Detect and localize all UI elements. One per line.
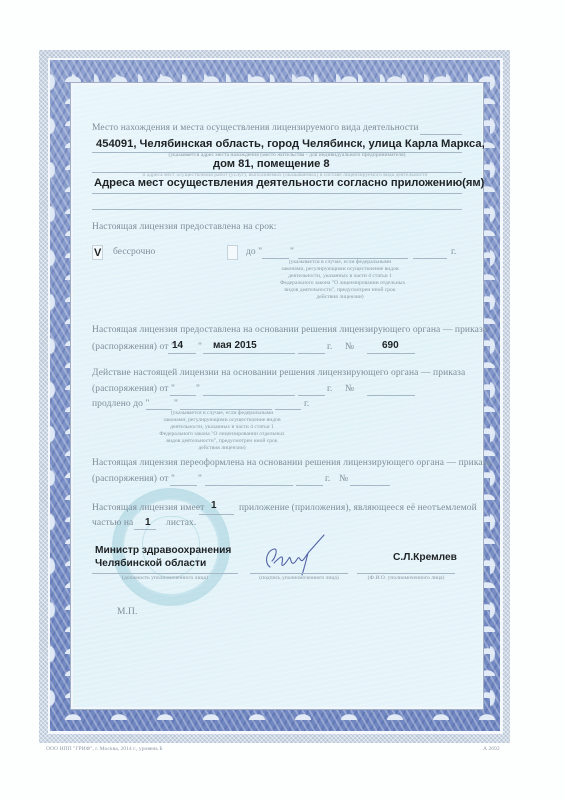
quote-mark: "	[198, 474, 202, 484]
year-suffix: г.	[327, 384, 332, 394]
year-suffix: г.	[327, 342, 332, 352]
appendix-suffix: приложение (приложения), являющееся её н…	[239, 503, 477, 513]
reissue-line-2-prefix: (распоряжения) от "	[92, 474, 175, 484]
year-suffix: г.	[325, 474, 330, 484]
quote-mark: "	[196, 384, 200, 394]
address-label: Место нахождения и места осуществления л…	[92, 123, 419, 133]
seal-place-label: М.П.	[117, 607, 137, 617]
quote-mark: "	[198, 342, 202, 352]
term-label: Настоящая лицензия предоставлена на срок…	[92, 222, 277, 232]
underline	[367, 353, 415, 354]
year-suffix: г.	[304, 399, 309, 409]
sheets-count: 1	[145, 517, 151, 528]
quote-mark: "	[290, 247, 294, 257]
appendix-count: 1	[211, 500, 217, 511]
extension-number-field[interactable]	[367, 395, 415, 396]
until-hint: (указывается в случае, если федеральными…	[280, 259, 400, 301]
reissue-month-field[interactable]	[205, 485, 293, 486]
extension-year-field[interactable]	[298, 395, 325, 396]
appendix-prefix: Настоящая лицензия имеет	[92, 503, 204, 513]
underline	[298, 353, 325, 354]
number-label: №	[345, 384, 354, 394]
address-line-2: дом 81, помещение 8	[213, 158, 330, 170]
extended-until-prefix: продлено до "	[92, 399, 149, 409]
printer-imprint: ООО НПП "ГРИФ", г. Москва, 2014 г., уров…	[46, 746, 163, 752]
check-mark-icon: V	[94, 247, 101, 259]
name-hint: (Ф.И.О. уполномоченного лица)	[357, 575, 455, 582]
underline	[92, 209, 462, 210]
underline	[92, 193, 462, 194]
grant-order-number: 690	[382, 340, 399, 351]
signatory-position-line-1: Министр здравоохранения	[95, 545, 231, 556]
form-code: А 2692	[483, 746, 500, 752]
activity-places-value: Адреса мест осуществления деятельности с…	[94, 177, 484, 189]
grant-month-year: мая 2015	[213, 340, 257, 351]
sheets-suffix: листах.	[166, 518, 196, 528]
indefinite-checkbox[interactable]: V	[92, 245, 103, 260]
number-label: №	[345, 342, 354, 352]
grant-line-1: Настоящая лицензия предоставлена на осно…	[92, 325, 487, 335]
number-label: №	[339, 474, 348, 484]
address-line-1: 454091, Челябинская область, город Челяб…	[96, 138, 485, 150]
underline	[134, 529, 156, 530]
until-prefix: до "	[246, 247, 262, 257]
underline	[168, 353, 196, 354]
reissue-line-1: Настоящая лицензия переоформлена на осно…	[92, 458, 491, 468]
signature-hint: (подпись уполномоченного лица)	[250, 575, 348, 582]
signatory-name: С.Л.Кремлев	[393, 552, 457, 563]
underline	[420, 134, 462, 135]
grant-day: 14	[172, 340, 183, 351]
reissue-day-field[interactable]	[170, 485, 197, 486]
underline	[357, 573, 455, 574]
sheets-prefix: частью на	[92, 518, 133, 528]
reissue-number-field[interactable]	[350, 485, 390, 486]
reissue-year-field[interactable]	[296, 485, 323, 486]
year-suffix: г.	[451, 247, 456, 257]
quote-mark: "	[174, 399, 178, 409]
position-hint: (должность уполномоченного лица)	[92, 575, 238, 582]
extension-line-1: Действие настоящей лицензии на основании…	[92, 368, 465, 378]
underline	[250, 573, 348, 574]
grant-line-2-prefix: (распоряжения) от "	[92, 342, 175, 352]
underline	[203, 353, 295, 354]
signatory-position-line-2: Челябинской области	[95, 558, 206, 569]
until-year-field[interactable]	[413, 258, 447, 259]
underline	[92, 573, 238, 574]
indefinite-label: бессрочно	[113, 247, 155, 257]
extension-day-field[interactable]	[170, 395, 196, 396]
until-date-checkbox[interactable]	[227, 245, 238, 260]
extension-line-2-prefix: (распоряжения) от "	[92, 384, 175, 394]
underline	[199, 514, 234, 515]
extended-hint: (указывается в случае, если федеральными…	[152, 410, 292, 452]
extension-month-field[interactable]	[203, 395, 295, 396]
